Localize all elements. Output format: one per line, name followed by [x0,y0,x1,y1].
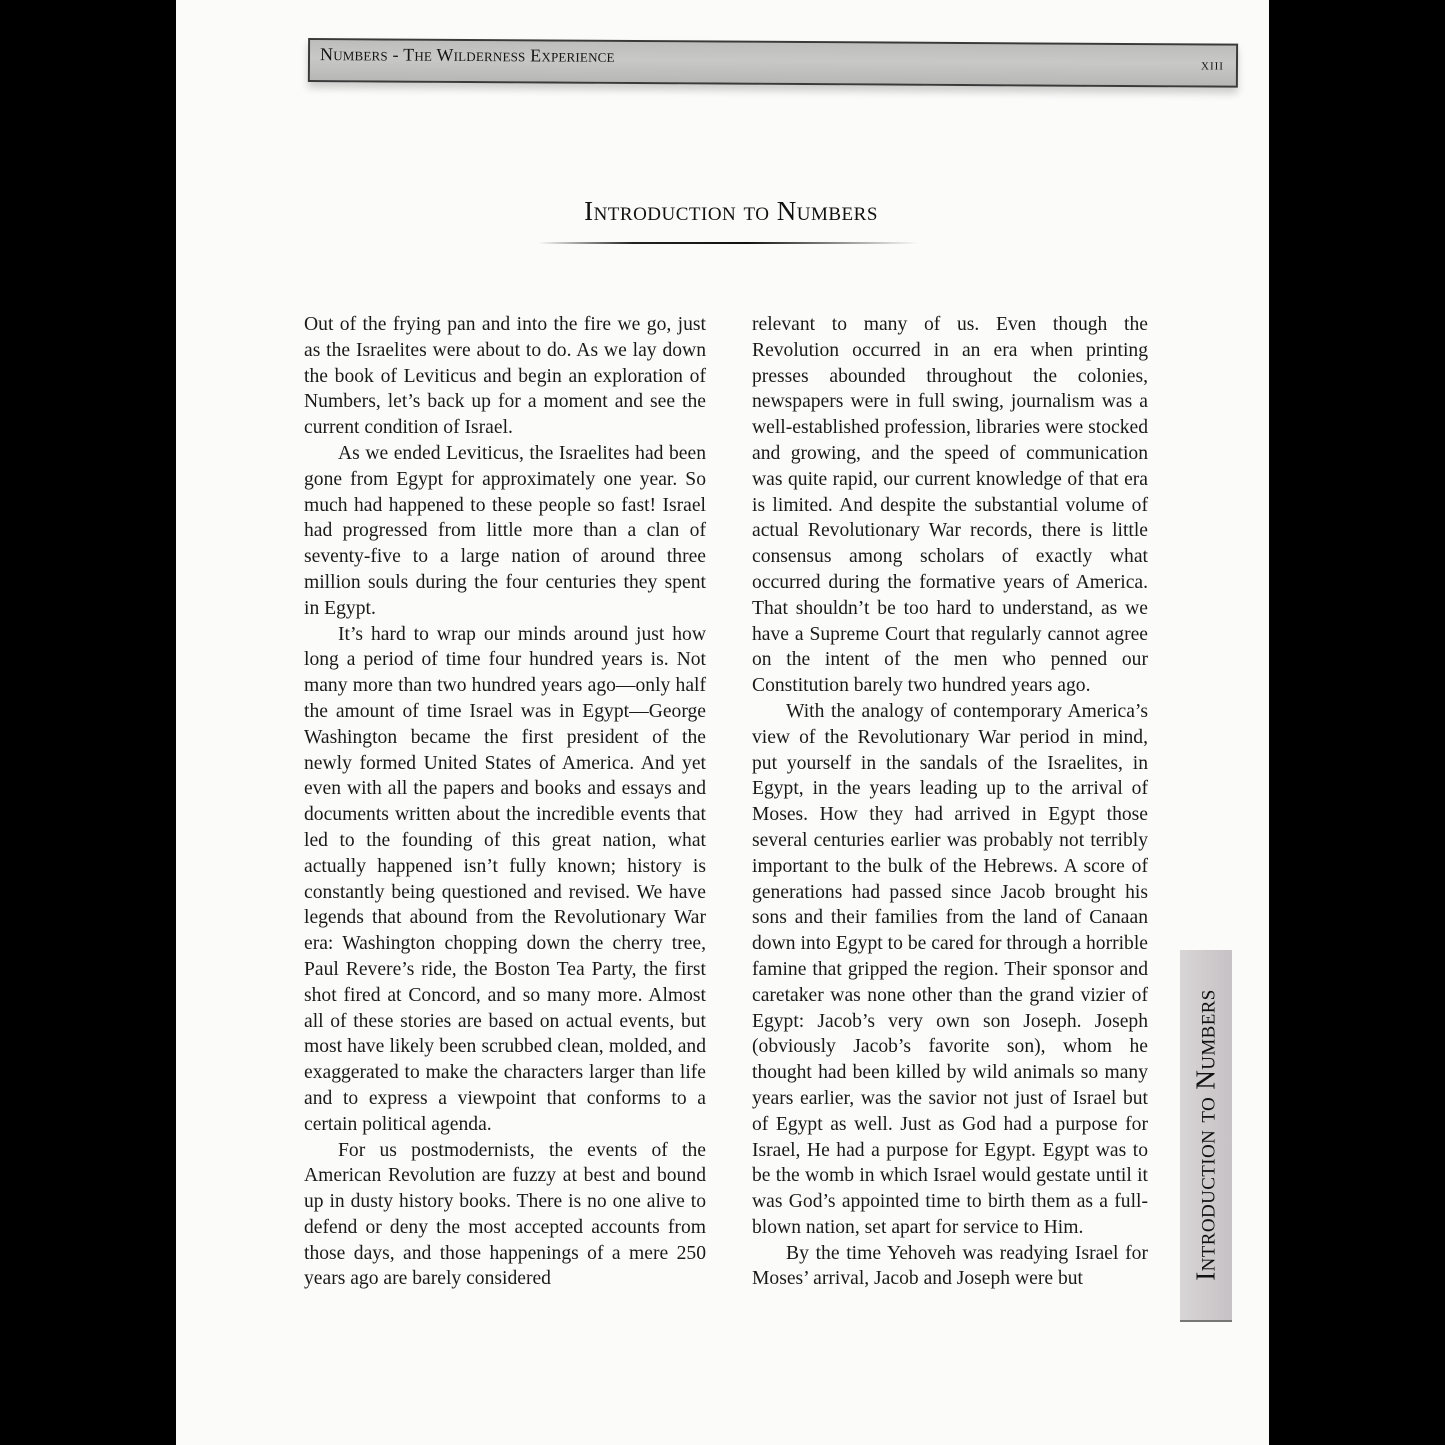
paragraph-continued: relevant to many of us. Even though the … [752,312,1148,699]
chapter-title: Introduction to Numbers [476,196,986,227]
paragraph: It’s hard to wrap our minds around just … [304,622,706,1138]
book-page: Numbers - The Wilderness Experience xiii… [176,0,1269,1445]
paragraph: Out of the frying pan and into the fire … [304,312,706,441]
paragraph: As we ended Leviticus, the Israelites ha… [304,441,706,622]
page-number: xiii [1201,57,1224,74]
left-text-column: Out of the frying pan and into the fire … [304,312,706,1292]
chapter-title-rule [538,242,918,244]
running-header-title: Numbers - The Wilderness Experience [320,44,615,67]
running-header: Numbers - The Wilderness Experience xiii [308,38,1238,88]
chapter-side-tab: Introduction to Numbers [1180,950,1232,1322]
paragraph: By the time Yehoveh was readying Israel … [752,1241,1148,1293]
right-text-column: relevant to many of us. Even though the … [752,312,1148,1292]
side-tab-label: Introduction to Numbers [1191,989,1222,1281]
paragraph: For us postmodernists, the events of the… [304,1138,706,1293]
paragraph: With the analogy of contemporary America… [752,699,1148,1241]
